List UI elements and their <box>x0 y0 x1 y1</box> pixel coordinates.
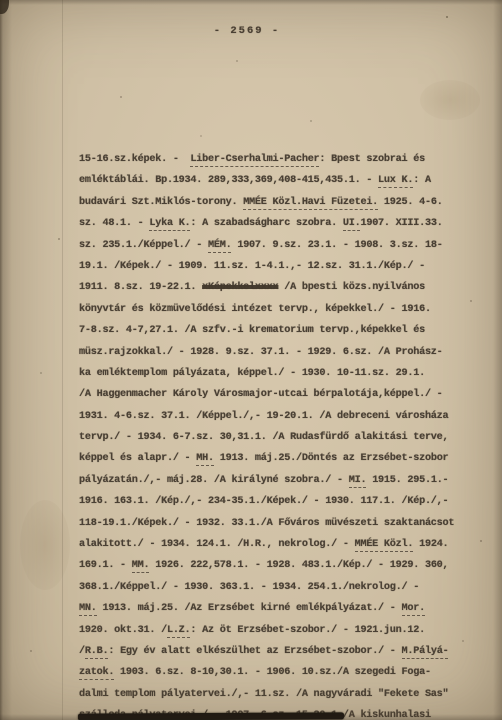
underlined-name: UI. <box>343 218 361 231</box>
text-segment: : A <box>413 175 431 186</box>
text-segment: alakitott./ - 1934. 124.1. /H.R., nekrol… <box>79 539 355 550</box>
text-segment: : A szabadságharc szobra. <box>190 218 342 229</box>
text-line: alakitott./ - 1934. 124.1. /H.R., nekrol… <box>79 534 459 555</box>
text-segment: /A Haggenmacher Károly Városmajor-utcai … <box>79 389 443 400</box>
text-line: sz. 48.1. - Lyka K.: A szabadságharc szo… <box>79 213 459 234</box>
text-segment: tervp./ - 1934. 6-7.sz. 30,31.1. /A Ruda… <box>79 432 448 443</box>
paper-stain <box>420 80 480 120</box>
text-line: 1916. 163.1. /Kép./,- 234-35.1./Képek./ … <box>79 491 459 512</box>
text-line: MN. 1913. máj.25. /Az Erzsébet kirné eml… <box>79 598 459 619</box>
text-segment: 1913. máj.25. /Az Erzsébet kirné emlékpá… <box>97 603 402 614</box>
text-line: 1911. 8.sz. 19-22.1. xKépekkelxxxx /A bp… <box>79 277 459 298</box>
text-line: 169.1. - MM. 1926. 222,578.1. - 1928. 48… <box>79 555 459 576</box>
text-segment: müsz.rajzokkal./ - 1928. 9.sz. 37.1. - 1… <box>79 347 443 358</box>
paper-crease <box>62 0 63 720</box>
underlined-name: MÉM. <box>208 240 231 253</box>
text-segment: : Egy év alatt elkészülhet az Erzsébet-s… <box>108 646 401 657</box>
underlined-name: M.Pályá- <box>402 646 449 659</box>
text-segment: / <box>79 646 85 657</box>
underlined-name: MH. <box>196 453 214 466</box>
text-segment: budavári Szt.Miklós-torony. <box>79 197 243 208</box>
text-line: tervp./ - 1934. 6-7.sz. 30,31.1. /A Ruda… <box>79 427 459 448</box>
text-line: budavári Szt.Miklós-torony. MMÉE Közl.Ha… <box>79 192 459 213</box>
text-segment: : Az öt Erzsébet-szobor./ - 1921.jun.12. <box>190 625 425 636</box>
text-segment: 15-16.sz.képek. - <box>79 154 190 165</box>
text-segment: ka emléktemplom pályázata, képpel./ - 19… <box>79 368 425 379</box>
scan-edge-shadow-top <box>0 0 502 5</box>
text-line: 1920. okt.31. /L.Z.: Az öt Erzsébet-szob… <box>79 620 459 641</box>
text-line: ka emléktemplom pályázata, képpel./ - 19… <box>79 363 459 384</box>
text-segment: 1907. XIII.33. <box>360 218 442 229</box>
text-line: sz. 235.1./Képpel./ - MÉM. 1907. 9.sz. 2… <box>79 235 459 256</box>
text-segment: 1915. 295.1.- <box>366 475 448 486</box>
text-segment: dalmi templom pályatervei./,- 11.sz. /A … <box>79 689 448 700</box>
underlined-name: Liber-Cserhalmi-Pacher <box>190 154 319 167</box>
text-line: /R.B.: Egy év alatt elkészülhet az Erzsé… <box>79 641 459 662</box>
text-segment: 368.1./Képpel./ - 1930. 363.1. - 1934. 2… <box>79 582 419 593</box>
underlined-name: MM. <box>132 560 150 573</box>
scan-edge-shadow-right <box>493 0 502 720</box>
struck-out-text: xKépekkelxxxx <box>202 282 278 293</box>
text-line: könyvtár és közmüvelődési intézet tervp.… <box>79 299 459 320</box>
text-segment: 1920. okt.31. / <box>79 625 167 636</box>
scanned-page: - 2569 - 15-16.sz.képek. - Liber-Cserhal… <box>0 0 502 720</box>
text-line: müsz.rajzokkal./ - 1928. 9.sz. 37.1. - 1… <box>79 342 459 363</box>
text-line: 15-16.sz.képek. - Liber-Cserhalmi-Pacher… <box>79 149 459 170</box>
underlined-name: Mor. <box>402 603 425 616</box>
text-line: emléktáblái. Bp.1934. 289,333,369,408-41… <box>79 170 459 191</box>
text-line: 19.1. /Képek./ - 1909. 11.sz. 1-4.1.,- 1… <box>79 256 459 277</box>
underlined-name: L.Z. <box>167 625 190 638</box>
document-text: 15-16.sz.képek. - Liber-Cserhalmi-Pacher… <box>79 149 459 720</box>
underlined-name: MN. <box>79 603 97 616</box>
page-number: - 2569 - <box>0 25 494 37</box>
text-segment: könyvtár és közmüvelődési intézet tervp.… <box>79 304 431 315</box>
text-segment: pályázatán./,- máj.28. /A királyné szobr… <box>79 475 349 486</box>
scan-artifact-bar <box>78 712 344 720</box>
text-segment: : Bpest szobrai és <box>319 154 425 165</box>
text-segment: 1903. 6.sz. 8-10,30.1. - 1906. 10.sz./A … <box>114 667 431 678</box>
text-line: zatok. 1903. 6.sz. 8-10,30.1. - 1906. 10… <box>79 662 459 683</box>
text-line: pályázatán./,- máj.28. /A királyné szobr… <box>79 470 459 491</box>
text-line: 7-8.sz. 4-7,27.1. /A szfv.-i krematorium… <box>79 320 459 341</box>
text-segment: /A bpesti közs.nyilvános <box>278 282 425 293</box>
text-segment: 1916. 163.1. /Kép./,- 234-35.1./Képek./ … <box>79 496 448 507</box>
text-line: 118-19.1./Képek./ - 1932. 33.1./A Főváro… <box>79 513 459 534</box>
underlined-name: Lyka K. <box>149 218 190 231</box>
text-segment: 169.1. - <box>79 560 132 571</box>
text-segment: 19.1. /Képek./ - 1909. 11.sz. 1-4.1.,- 1… <box>79 261 425 272</box>
text-segment: 1931. 4-6.sz. 37.1. /Képpel./,- 19-20.1.… <box>79 411 448 422</box>
text-segment: 1926. 222,578.1. - 1928. 483.1./Kép./ - … <box>149 560 448 571</box>
text-segment: sz. 48.1. - <box>79 218 149 229</box>
underlined-name: zatok. <box>79 667 114 680</box>
underlined-name: MMÉE Közl. <box>355 539 414 552</box>
text-segment: 1925. 4-6. <box>378 197 443 208</box>
text-segment: 1913. máj.25./Döntés az Erzsébet-szobor <box>214 453 449 464</box>
underlined-name: MI. <box>349 475 367 488</box>
text-line: dalmi templom pályatervei./,- 11.sz. /A … <box>79 684 459 705</box>
text-segment: emléktáblái. Bp.1934. 289,333,369,408-41… <box>79 175 378 186</box>
text-segment: képpel és alapr./ - <box>79 453 196 464</box>
underlined-name: Lux K. <box>378 175 413 188</box>
text-segment: 7-8.sz. 4-7,27.1. /A szfv.-i krematorium… <box>79 325 425 336</box>
text-segment: sz. 235.1./Képpel./ - <box>79 240 208 251</box>
text-segment: 1907. 9.sz. 23.1. - 1908. 3.sz. 18- <box>231 240 442 251</box>
text-line: 1931. 4-6.sz. 37.1. /Képpel./,- 19-20.1.… <box>79 406 459 427</box>
text-segment: 1911. 8.sz. 19-22.1. <box>79 282 202 293</box>
text-segment: 118-19.1./Képek./ - 1932. 33.1./A Főváro… <box>79 518 454 529</box>
scan-edge-shadow-left <box>0 0 12 720</box>
text-line: képpel és alapr./ - MH. 1913. máj.25./Dö… <box>79 448 459 469</box>
text-line: /A Haggenmacher Károly Városmajor-utcai … <box>79 384 459 405</box>
text-line: 368.1./Képpel./ - 1930. 363.1. - 1934. 2… <box>79 577 459 598</box>
underlined-name: R.B. <box>85 646 108 659</box>
underlined-name: MMÉE Közl.Havi Füzetei. <box>243 197 378 210</box>
text-segment: 1924. <box>413 539 448 550</box>
